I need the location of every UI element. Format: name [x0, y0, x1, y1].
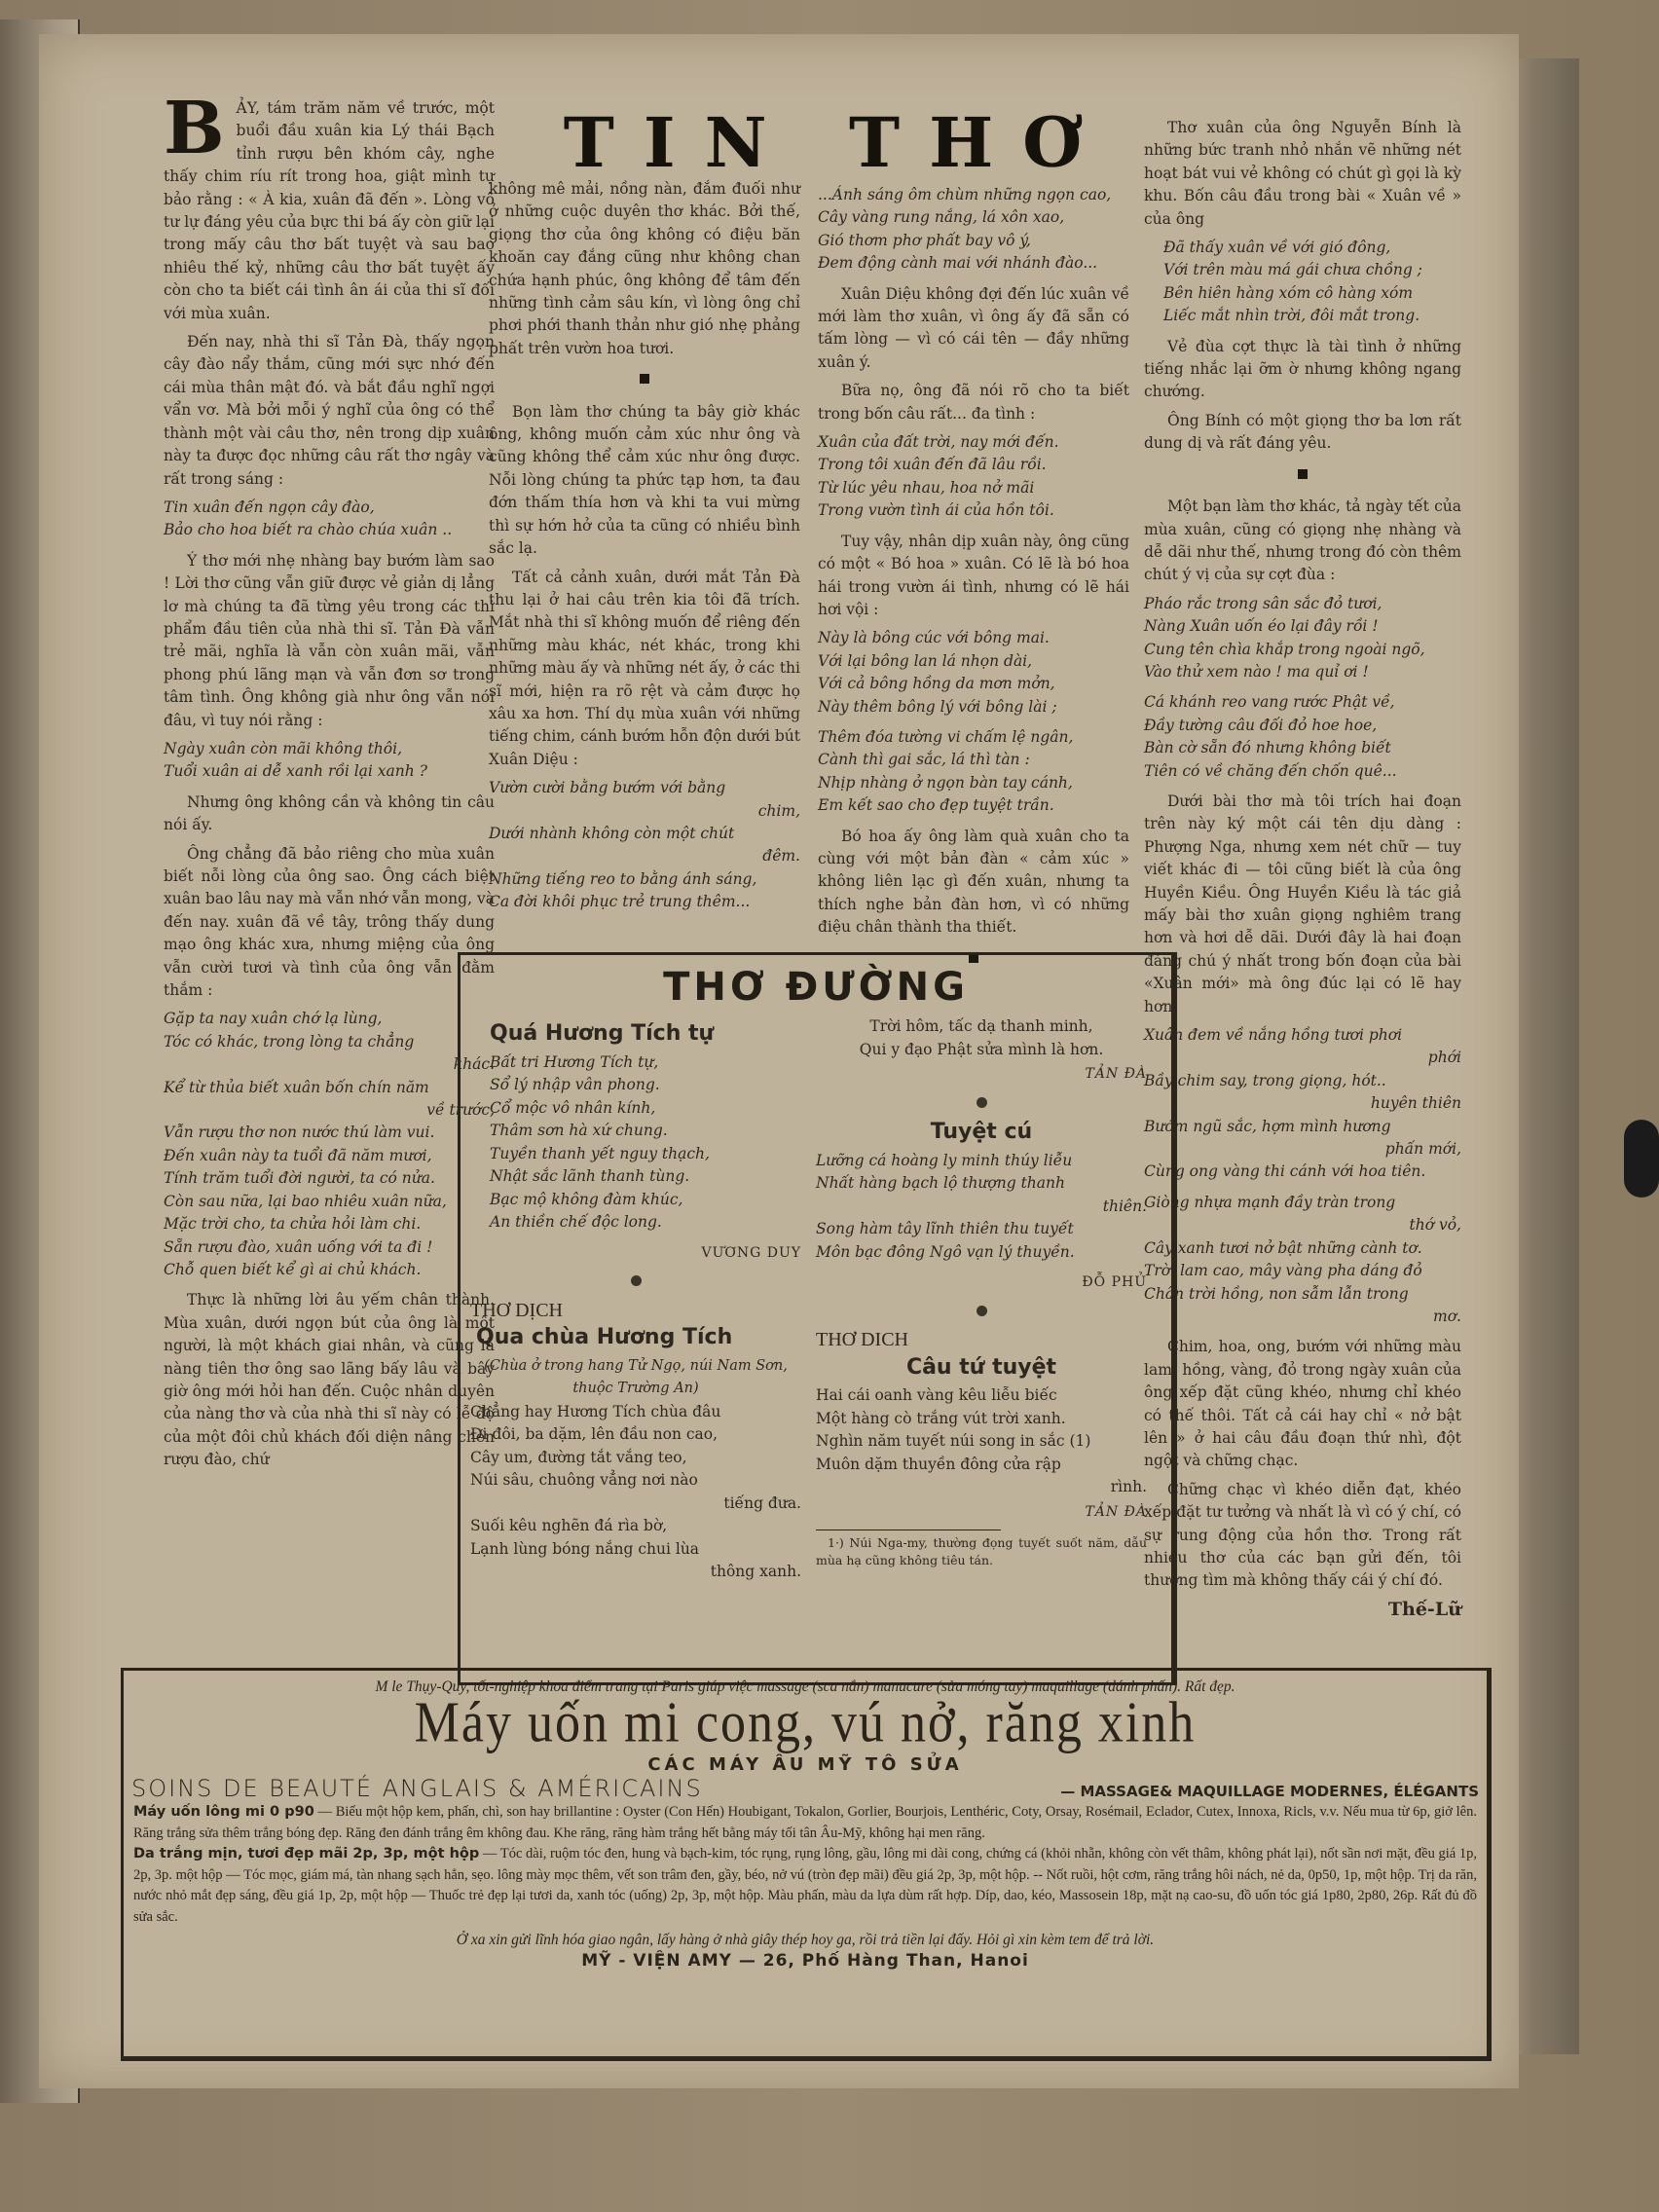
paragraph: Bọn làm thơ chúng ta bây giờ khác ông, k… — [489, 401, 800, 561]
poem-line: về trước, — [164, 1099, 495, 1122]
poem-line: Gặp ta nay xuân chớ lạ lùng, — [164, 1008, 495, 1030]
paragraph: Chững chạc vì khéo diễn đạt, khéo xếp đặ… — [1144, 1479, 1461, 1593]
poem-author: VƯƠNG DUY — [470, 1242, 801, 1266]
poem-line: Thâm sơn hà xứ chung. — [490, 1120, 801, 1143]
poem-line: Cung tên chìa khắp trong ngoài ngõ, — [1144, 639, 1461, 661]
poem-line: Từ lúc yêu nhau, hoa nở mãi — [818, 477, 1129, 499]
ad-french-tagline: — MASSAGE& MAQUILLAGE MODERNES, ÉLÉGANTS — [1060, 1783, 1479, 1800]
poem-title: Qua chùa Hương Tích — [470, 1326, 801, 1349]
poem-line: Nghìn năm tuyết núi song in sắc (1) — [816, 1430, 1147, 1454]
poem-title: Tuyệt cú — [816, 1121, 1147, 1144]
poem-line: Tuyền thanh yết nguy thạch, — [490, 1143, 801, 1166]
newspaper-page: TIN THƠ BẢY, tám trăm năm về trước, một … — [39, 34, 1519, 2088]
poem-excerpt: Thêm đóa tường vi chấm lệ ngân,Cành thì … — [818, 726, 1129, 818]
poem-excerpt: Ngày xuân còn mãi không thôi,Tuổi xuân a… — [164, 738, 495, 784]
ad-paragraph: Máy uốn lông mi 0 p90 — Biếu một hộp kem… — [133, 1802, 1477, 1844]
poem-line: Cây vàng rung nắng, lá xôn xao, — [818, 206, 1129, 229]
poem-line: Tính trăm tuổi đời người, ta có nửa. — [164, 1167, 495, 1190]
poem-line: Sẵn rượu đào, xuân uống với ta đi ! — [164, 1236, 495, 1259]
ad-address: MỸ - VIỆN AMY — 26, Phố Hàng Than, Hanoi — [124, 1951, 1487, 1971]
poem-line: Bên hiên hàng xóm cô hàng xóm — [1163, 282, 1461, 305]
poem-line: Bất tri Hương Tích tự, — [490, 1051, 801, 1075]
poem-line: tiếng đưa. — [470, 1493, 801, 1516]
poem-line: Chân trời hồng, non sẫm lẫn trong — [1144, 1283, 1461, 1306]
poem-line: Này là bông cúc với bông mai. — [818, 627, 1129, 649]
poem-line: Liếc mắt nhìn trời, đôi mắt trong. — [1163, 305, 1461, 327]
poem-line: khác. — [164, 1053, 495, 1076]
poem-excerpt: Vườn cười bằng bướm với bằngchim,Dưới nh… — [489, 777, 800, 913]
poem-line: Đầy tường câu đối đỏ hoe hoe, — [1144, 715, 1461, 737]
paragraph: không mê mải, nồng nàn, đắm đuối như ở n… — [489, 178, 800, 360]
section-label: THƠ DICH — [816, 1329, 1147, 1352]
poem-line: Pháo rắc trong sân sắc đỏ tươi, — [1144, 593, 1461, 615]
poem-lines: Lưỡng cá hoàng ly minh thúy liễuNhất hàn… — [816, 1150, 1147, 1265]
paragraph: Ý thơ mới nhẹ nhàng bay bướm làm sao ! L… — [164, 550, 495, 732]
masthead-title: TIN THƠ — [516, 102, 1159, 183]
poem-lines: Hai cái oanh vàng kêu liễu biếcMột hàng … — [816, 1384, 1147, 1499]
poem-line: Đem động cành mai với nhánh đào... — [818, 252, 1129, 275]
poem-line: Chỗ quen biết kể gì ai chủ khách. — [164, 1259, 495, 1281]
advertisement-box: M le Thụy-Quy, tốt-nghiệp khoa điểm tran… — [121, 1668, 1492, 2061]
poem-line: Tóc có khác, trong lòng ta chẳng — [164, 1031, 495, 1053]
poem-line: An thiền chế độc long. — [490, 1211, 801, 1235]
poem-line: Em kết sao cho đẹp tuyệt trần. — [818, 794, 1129, 817]
poem-line: Bướm ngũ sắc, hợm mình hương — [1144, 1116, 1461, 1138]
poem-title: Câu tứ tuyệt — [816, 1356, 1147, 1380]
column-1: BẢY, tám trăm năm về trước, một buổi đầu… — [164, 97, 495, 1478]
section-label: THƠ DỊCH — [470, 1300, 801, 1323]
poem-note: (Chùa ở trong hang Tử Ngọ, núi Nam Sơn, … — [470, 1355, 801, 1401]
ad-ordering-note: Ở xa xin gửi lĩnh hóa giao ngân, lấy hàn… — [124, 1932, 1487, 1949]
drop-cap: B — [164, 99, 225, 158]
paragraph: Tuy vậy, nhân dịp xuân này, ông cũng có … — [818, 531, 1129, 622]
poem-excerpt: Xuân đem về nắng hồng tươi phơiphớiBầy c… — [1144, 1024, 1461, 1184]
paragraph: Một bạn làm thơ khác, tả ngày tết của mù… — [1144, 496, 1461, 587]
footnote: 1·) Núi Nga-my, thường đọng tuyết suốt n… — [816, 1534, 1147, 1569]
column-2: không mê mải, nồng nàn, đắm đuối như ở n… — [489, 178, 800, 922]
poem-excerpt: Pháo rắc trong sân sắc đỏ tươi,Nàng Xuân… — [1144, 593, 1461, 684]
poem-line: Hai cái oanh vàng kêu liễu biếc — [816, 1384, 1147, 1408]
poem-line: Lưỡng cá hoàng ly minh thúy liễu — [816, 1150, 1147, 1173]
poem-line: Với trên màu má gái chưa chồng ; — [1163, 259, 1461, 281]
poem-line: Cá khánh reo vang rước Phật về, — [1144, 691, 1461, 714]
poem-line: Ca đời khôi phục trẻ trung thêm... — [489, 891, 800, 913]
poem-excerpt: Xuân của đất trời, nay mới đến.Trong tôi… — [818, 431, 1129, 523]
poem-line: Nhất hàng bạch lộ thượng thanh — [816, 1172, 1147, 1196]
poem-line: Xuân của đất trời, nay mới đến. — [818, 431, 1129, 454]
divider-dot — [470, 1271, 801, 1294]
poem-line: Đến xuân này ta tuổi đã năm mươi, — [164, 1145, 495, 1167]
poem-line: Tiên có về chăng đến chốn quê... — [1144, 760, 1461, 783]
paragraph: Bữa nọ, ông đã nói rõ cho ta biết trong … — [818, 380, 1129, 425]
poem-excerpt: Cá khánh reo vang rước Phật về,Đầy tường… — [1144, 691, 1461, 783]
poem-line: Trong vườn tình ái của hồn tôi. — [818, 499, 1129, 522]
poem-line: Bảo cho hoa biết ra chào chúa xuân .. — [164, 519, 495, 541]
ad-french-line: SOINS DE BEAUTÉ ANGLAIS & AMÉRICAINS — M… — [124, 1775, 1487, 1802]
poem-line: phấn mới, — [1144, 1138, 1461, 1161]
paragraph: Đến nay, nhà thi sĩ Tản Đà, thấy ngọn câ… — [164, 331, 495, 491]
poem-line: Chẳng hay Hương Tích chùa đâu — [470, 1401, 801, 1424]
paragraph: Thơ xuân của ông Nguyễn Bính là những bứ… — [1144, 117, 1461, 231]
poem-line: Cùng ong vàng thi cánh với hoa tiên. — [1144, 1161, 1461, 1183]
poem-line: Trời hôm, tấc dạ thanh minh, — [816, 1015, 1147, 1039]
poem-line: Những tiếng reo to bằng ánh sáng, — [489, 868, 800, 891]
poem-line: Thêm đóa tường vi chấm lệ ngân, — [818, 726, 1129, 749]
poem-line: Giòng nhựa mạnh đầy tràn trong — [1144, 1192, 1461, 1214]
poem-author: TẢN ĐÀ — [816, 1063, 1147, 1087]
poem-line: Kể từ thủa biết xuân bốn chín năm — [164, 1077, 495, 1099]
tho-duong-right: Trời hôm, tấc dạ thanh minh,Qui y đạo Ph… — [806, 1015, 1157, 1569]
poem-line: Gió thơm phơ phất bay vô ý, — [818, 230, 1129, 252]
poem-line: Cổ mộc vô nhân kính, — [490, 1097, 801, 1121]
poem-line: Tin xuân đến ngọn cây đào, — [164, 497, 495, 519]
poem-line: Đi đôi, ba dặm, lên đầu non cao, — [470, 1423, 801, 1447]
poem-line: Với lại bông lan lá nhọn dài, — [818, 650, 1129, 673]
tho-duong-box: THƠ ĐƯỜNG Quá Hương Tích tự Bất tri Hươn… — [458, 952, 1177, 1685]
poem-line: Muôn dặm thuyền đông cửa rập — [816, 1454, 1147, 1477]
poem-line: Cành thì gai sắc, lá thì tàn : — [818, 749, 1129, 771]
poem-line: thiên. — [816, 1196, 1147, 1219]
poem-excerpt: Này là bông cúc với bông mai.Với lại bôn… — [818, 627, 1129, 719]
poem-line: Nhịp nhàng ở ngọn bàn tay cánh, — [818, 772, 1129, 794]
poem-line: Bạc mộ không đàm khúc, — [490, 1189, 801, 1212]
poem-line: Xuân đem về nắng hồng tươi phơi — [1144, 1024, 1461, 1047]
poem-excerpt: ...Ánh sáng ôm chùm những ngọn cao,Cây v… — [818, 184, 1129, 276]
poem-line: Lạnh lùng bóng nắng chui lùa — [470, 1538, 801, 1562]
binding-hole — [1624, 1120, 1659, 1198]
ad-body: Máy uốn lông mi 0 p90 — Biếu một hộp kem… — [124, 1802, 1487, 1928]
poem-lines: Trời hôm, tấc dạ thanh minh,Qui y đạo Ph… — [816, 1015, 1147, 1061]
poem-line: thớ vỏ, — [1144, 1214, 1461, 1236]
tho-duong-left: Quá Hương Tích tự Bất tri Hương Tích tự,… — [461, 1018, 811, 1584]
poem-line: mơ. — [1144, 1306, 1461, 1328]
poem-line: Cây xanh tươi nở bật những cành tơ. — [1144, 1237, 1461, 1260]
poem-line: Này thêm bông lý với bông lài ; — [818, 696, 1129, 719]
paragraph: Vẻ đùa cợt thực là tài tình ở những tiến… — [1144, 336, 1461, 404]
poem-line: Vào thử xem nào ! ma quỉ ơi ! — [1144, 661, 1461, 683]
paragraph: Xuân Diệu không đợi đến lúc xuân về mới … — [818, 283, 1129, 375]
poem-line: Cây um, đường tắt vắng teo, — [470, 1447, 801, 1470]
poem-line: huyên thiên — [1144, 1092, 1461, 1115]
poem-line: phới — [1144, 1047, 1461, 1069]
poem-author: TẢN ĐÀ — [816, 1501, 1147, 1525]
poem-excerpt: Gặp ta nay xuân chớ lạ lùng,Tóc có khác,… — [164, 1008, 495, 1281]
tho-duong-title: THƠ ĐƯỜNG — [461, 965, 1171, 1010]
poem-line: Vườn cười bằng bướm với bằng — [489, 777, 800, 799]
poem-line: Với cả bông hồng da mơn mởn, — [818, 673, 1129, 695]
poem-line: Nhật sắc lãnh thanh tùng. — [490, 1165, 801, 1189]
poem-line: Còn sau nữa, lại bao nhiêu xuân nữa, — [164, 1191, 495, 1213]
poem-line: Vẫn rượu thơ non nước thú làm vui. — [164, 1122, 495, 1144]
paragraph: Thực là những lời âu yếm chân thành. Mùa… — [164, 1289, 495, 1471]
poem-line: thông xanh. — [470, 1561, 801, 1584]
poem-line: Trời lam cao, mây vàng pha dáng đỏ — [1144, 1260, 1461, 1282]
ad-subhead: CÁC MÁY ÂU MỸ TÔ SỬA — [124, 1754, 1487, 1775]
poem-lines: Bất tri Hương Tích tự,Sổ lý nhập vân pho… — [470, 1051, 801, 1235]
poem-line: Trong tôi xuân đến đã lâu rồi. — [818, 454, 1129, 476]
poem-line: chim, — [489, 800, 800, 823]
ad-headline: Máy uốn mi cong, vú nở, răng xinh — [124, 1692, 1487, 1754]
ad-paragraph: Da trắng mịn, tươi đẹp mãi 2p, 3p, một h… — [133, 1844, 1477, 1928]
author-signature: Thế-Lữ — [1144, 1599, 1461, 1621]
poem-line: Tuổi xuân ai dễ xanh rồi lại xanh ? — [164, 760, 495, 783]
poem-line: Núi sâu, chuông vẳng nơi nào — [470, 1469, 801, 1493]
poem-lines: Chẳng hay Hương Tích chùa đâuĐi đôi, ba … — [470, 1401, 801, 1584]
poem-author: ĐỖ PHỦ — [816, 1272, 1147, 1295]
intro-paragraph: BẢY, tám trăm năm về trước, một buổi đầu… — [164, 97, 495, 325]
footnote-rule — [816, 1530, 1001, 1530]
ad-french-title: SOINS DE BEAUTÉ ANGLAIS & AMÉRICAINS — [131, 1775, 703, 1802]
poem-line: Nàng Xuân uốn éo lại đây rồi ! — [1144, 615, 1461, 638]
poem-line: Dưới nhành không còn một chút — [489, 823, 800, 845]
poem-line: Đã thấy xuân về với gió đông, — [1163, 237, 1461, 259]
poem-line: Suối kêu nghẽn đá rìa bờ, — [470, 1515, 801, 1538]
paragraph: Bó hoa ấy ông làm quà xuân cho ta cùng v… — [818, 826, 1129, 940]
divider-dot — [816, 1301, 1147, 1324]
poem-line: rình. — [816, 1476, 1147, 1499]
poem-line: Sổ lý nhập vân phong. — [490, 1074, 801, 1097]
poem-line: đêm. — [489, 845, 800, 867]
poem-excerpt: Giòng nhựa mạnh đầy tràn trongthớ vỏ,Cây… — [1144, 1192, 1461, 1328]
paragraph: Ông Bính có một giọng thơ ba lơn rất dun… — [1144, 410, 1461, 456]
poem-line: Qui y đạo Phật sửa mình là hơn. — [816, 1039, 1147, 1062]
poem-line: Ngày xuân còn mãi không thôi, — [164, 738, 495, 760]
poem-line: Mặc trời cho, ta chửa hỏi làm chi. — [164, 1213, 495, 1235]
poem-line: Một hàng cò trắng vút trời xanh. — [816, 1408, 1147, 1431]
paragraph: Chim, hoa, ong, bướm với những màu lam, … — [1144, 1336, 1461, 1472]
paragraph: Ông chẳng đã bảo riêng cho mùa xuân biết… — [164, 843, 495, 1003]
section-divider — [489, 368, 800, 390]
poem-title: Quá Hương Tích tự — [470, 1022, 801, 1046]
poem-excerpt: Tin xuân đến ngọn cây đào,Bảo cho hoa bi… — [164, 497, 495, 542]
column-3: ...Ánh sáng ôm chùm những ngọn cao,Cây v… — [818, 180, 1129, 979]
poem-line: Bàn cờ sẵn đó nhưng không biết — [1144, 737, 1461, 759]
paragraph: Nhưng ông không cần và không tin câu nói… — [164, 792, 495, 837]
divider-dot — [816, 1092, 1147, 1116]
poem-line: Bầy chim say, trong giọng, hót.. — [1144, 1070, 1461, 1092]
poem-line: ...Ánh sáng ôm chùm những ngọn cao, — [818, 184, 1129, 206]
poem-line: Song hàm tây lĩnh thiên thu tuyết — [816, 1218, 1147, 1241]
poem-line: Môn bạc đông Ngô vạn lý thuyền. — [816, 1241, 1147, 1265]
section-divider — [1144, 463, 1461, 486]
paragraph: Dưới bài thơ mà tôi trích hai đoạn trên … — [1144, 791, 1461, 1018]
poem-excerpt: Đã thấy xuân về với gió đông,Với trên mà… — [1144, 237, 1461, 328]
paragraph: Tất cả cảnh xuân, dưới mắt Tản Đà thu lạ… — [489, 567, 800, 772]
column-4: Thơ xuân của ông Nguyễn Bính là những bứ… — [1144, 117, 1461, 1621]
